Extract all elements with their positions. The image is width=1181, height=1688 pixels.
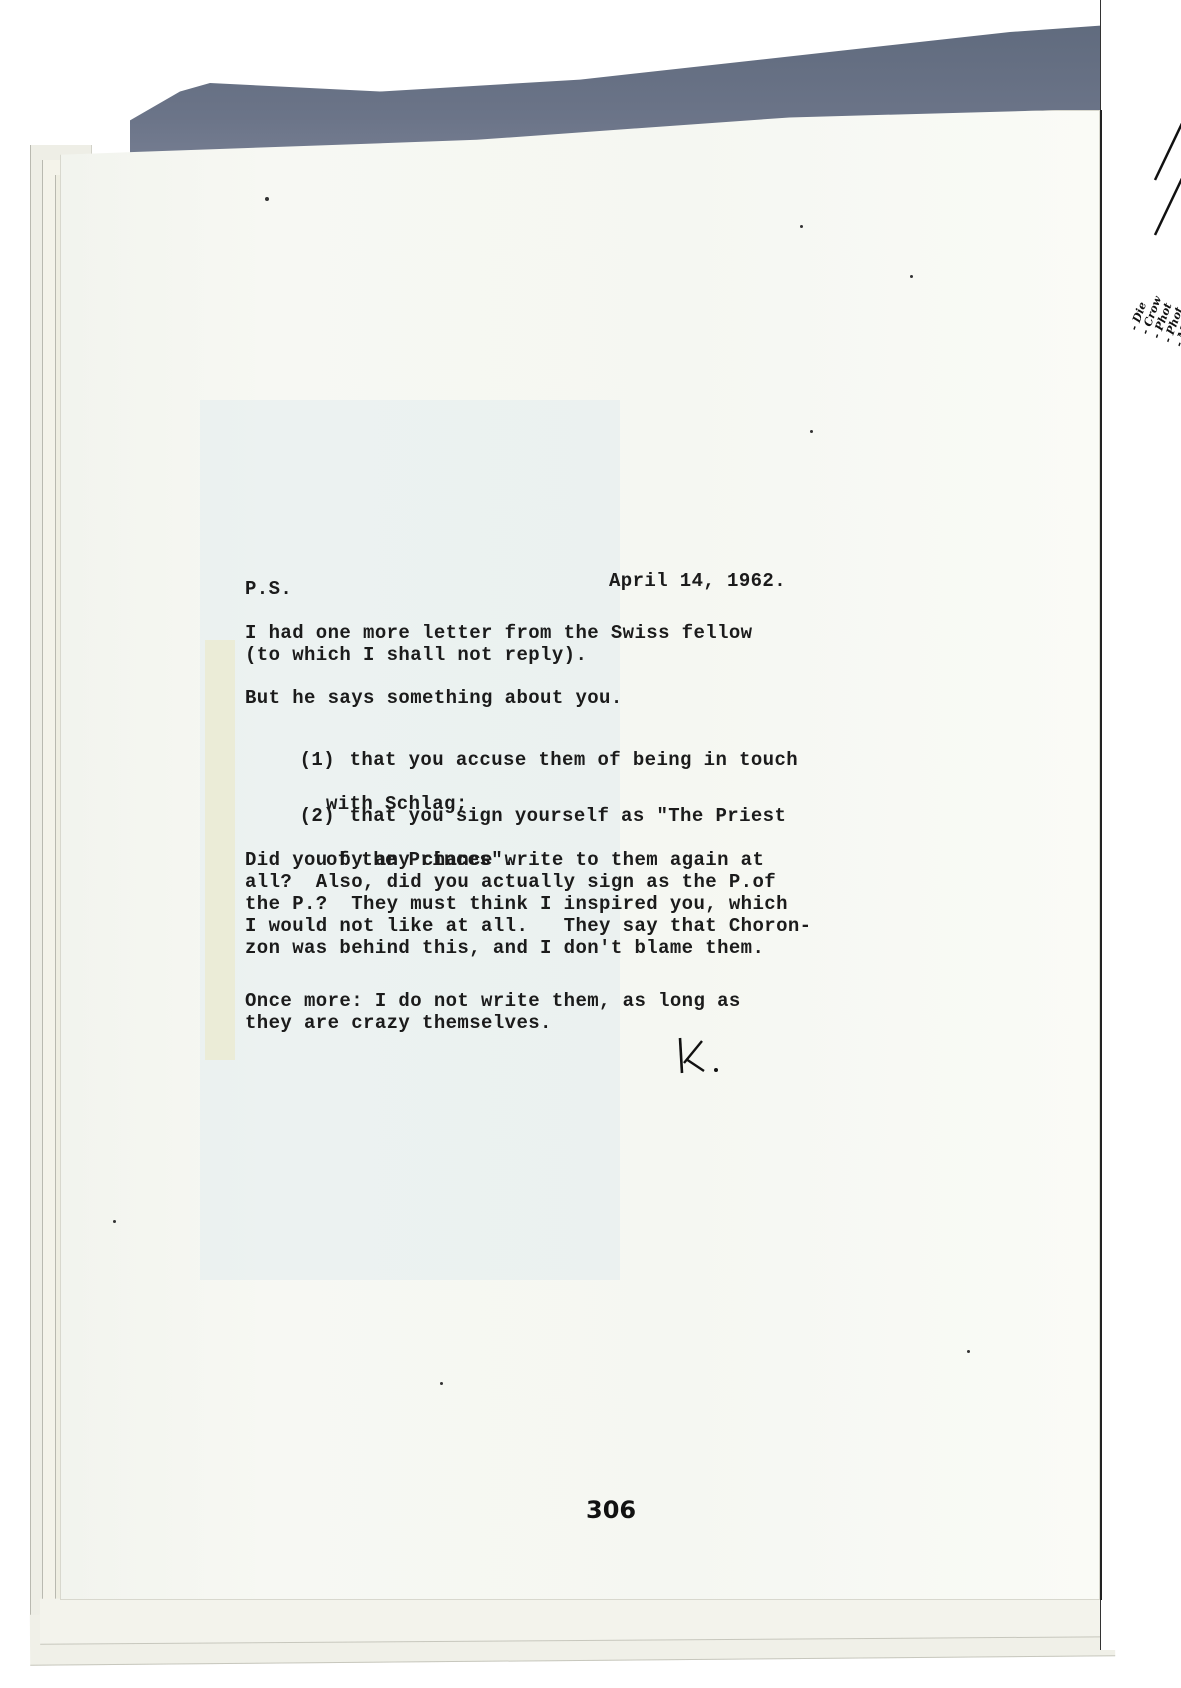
paragraph-2: But he says something about you. bbox=[245, 687, 623, 709]
ink-speck bbox=[440, 1382, 443, 1385]
ink-speck bbox=[810, 430, 813, 433]
ink-speck bbox=[967, 1350, 970, 1353]
ink-speck bbox=[113, 1220, 116, 1223]
paragraph-4: Once more: I do not write them, as long … bbox=[245, 990, 741, 1034]
ink-speck bbox=[800, 225, 803, 228]
handwritten-signature bbox=[672, 1035, 732, 1077]
paper-stain bbox=[205, 640, 235, 1060]
list-item-text: that you sign yourself as "The Priest bbox=[350, 805, 787, 827]
facing-page-strokes bbox=[1150, 110, 1181, 240]
facing-page bbox=[1100, 0, 1181, 1650]
ink-speck bbox=[265, 197, 269, 201]
list-item-text: that you accuse them of being in touch bbox=[350, 749, 798, 771]
letter-date: April 14, 1962. bbox=[609, 570, 786, 592]
paragraph-1: I had one more letter from the Swiss fel… bbox=[245, 622, 752, 666]
page-number: 306 bbox=[586, 1496, 636, 1524]
list-item-number: (2) bbox=[300, 805, 350, 827]
list-item-number: (1) bbox=[300, 749, 350, 771]
postscript-label: P.S. bbox=[245, 578, 292, 600]
ink-speck bbox=[910, 275, 913, 278]
paragraph-3: Did you by any chance write to them agai… bbox=[245, 849, 812, 959]
